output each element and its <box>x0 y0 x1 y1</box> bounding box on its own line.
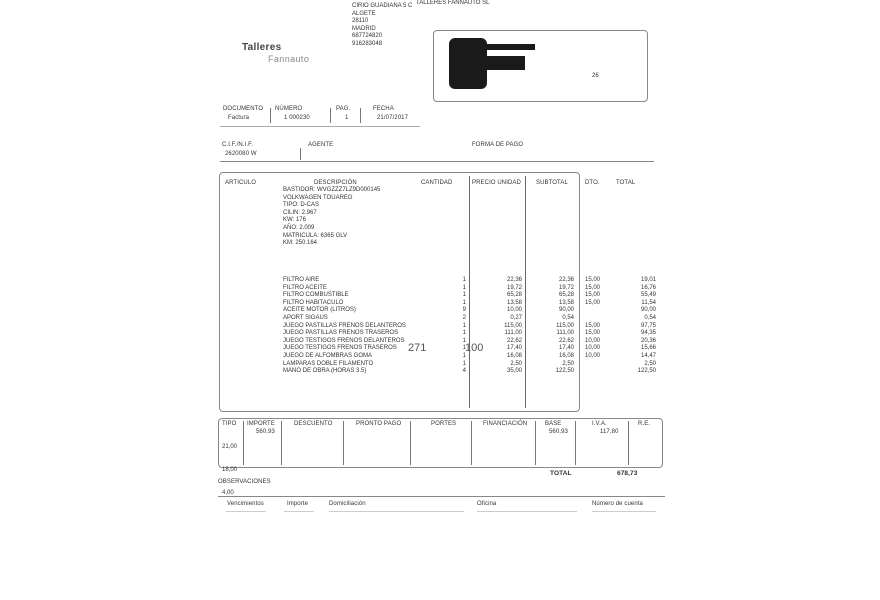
table-cell-price: 22,36 <box>495 277 522 285</box>
table-cell-price: 111,00 <box>495 330 522 338</box>
total-value: 678,73 <box>617 470 637 477</box>
tax-header-financiacion: FINANCIACIÓN <box>483 421 527 427</box>
table-cell-price: 35,00 <box>495 368 522 376</box>
table-cell-dto <box>585 368 600 376</box>
vehicle-info-line: KM: 250.164 <box>283 240 380 248</box>
table-cell-total: 97,75 <box>624 323 656 331</box>
address-line: MADRID <box>352 26 412 34</box>
table-cell-qty: 1 <box>452 292 466 300</box>
logo-talleres: Talleres <box>242 42 281 53</box>
table-cell-qty: 1 <box>452 277 466 285</box>
table-cell-desc: FILTRO ACEITE <box>283 285 406 293</box>
vehicle-info-line: CILIN: 2.967 <box>283 210 380 218</box>
table-cell-dto <box>585 315 600 323</box>
company-name: TALLERES FANNAUTO SL <box>416 0 489 8</box>
agent-label: AGENTE <box>308 142 333 148</box>
company-address: CIRIO GUADIANA 5 C ALGETE 28110 MADRID 6… <box>352 3 412 49</box>
address-line: ALGETE <box>352 11 412 19</box>
table-cell-desc: FILTRO AIRE <box>283 277 406 285</box>
table-cell-dto <box>585 361 600 369</box>
cif-label: C.I.F./N.I.F. <box>222 142 253 148</box>
table-cell-price: 16,08 <box>495 353 522 361</box>
table-cell-price: 17,40 <box>495 345 522 353</box>
date-value: 21/07/2017 <box>377 115 408 121</box>
table-cell-dto: 15,00 <box>585 285 600 293</box>
table-cell-subtotal: 122,50 <box>545 368 574 376</box>
vehicle-info-line: BASTIDOR: WVGZZZ7LZ9D000145 <box>283 187 380 195</box>
table-cell-subtotal: 22,62 <box>545 338 574 346</box>
table-cell-subtotal: 13,58 <box>545 300 574 308</box>
table-cell-desc: JUEGO PASTILLAS FRENOS TRASEROS <box>283 330 406 338</box>
table-cell-total: 14,47 <box>624 353 656 361</box>
header-total: TOTAL <box>616 180 635 186</box>
table-cell-total: 15,66 <box>624 345 656 353</box>
table-cell-price: 2,50 <box>495 361 522 369</box>
table-cell-total: 55,49 <box>624 292 656 300</box>
table-cell-total: 11,54 <box>624 300 656 308</box>
vehicle-info: BASTIDOR: WVGZZZ7LZ9D000145VOLKWAGEN TOU… <box>283 187 380 248</box>
footer-domiciliacion: Domiciliación <box>329 501 366 507</box>
overlay-mark: 271 <box>408 342 426 354</box>
redacted-block <box>485 44 535 50</box>
header-dto: DTO. <box>585 180 600 186</box>
total-label: TOTAL <box>550 470 572 477</box>
table-cell-qty: 2 <box>452 315 466 323</box>
table-cell-desc: FILTRO COMBUSTIBLE <box>283 292 406 300</box>
header-precio: PRECIO UNIDAD <box>472 180 521 186</box>
table-cell-total: 122,50 <box>624 368 656 376</box>
footer-importe: Importe <box>287 501 308 507</box>
address-line: 916283048 <box>352 41 412 49</box>
table-cell-desc: LAMPARAS DOBLE FILAMENTO <box>283 361 406 369</box>
address-line: CIRIO GUADIANA 5 C <box>352 3 412 11</box>
table-cell-total: 20,36 <box>624 338 656 346</box>
col-total: 19,0116,7655,4911,5490,000,5497,7594,352… <box>624 277 656 376</box>
tax-base: 560,93 <box>549 429 568 435</box>
table-cell-price: 65,28 <box>495 292 522 300</box>
tax-header-re: R.E. <box>638 421 650 427</box>
table-cell-qty: 1 <box>452 285 466 293</box>
table-cell-qty: 1 <box>452 338 466 346</box>
header-cantidad: CANTIDAD <box>421 180 452 186</box>
header-subtotal: SUBTOTAL <box>536 180 568 186</box>
table-cell-desc: JUEGO TESTIGOS FRENOS TRASEROS <box>283 345 406 353</box>
table-cell-subtotal: 2,50 <box>545 361 574 369</box>
tax-importe: 560,93 <box>256 429 275 435</box>
table-cell-total: 94,35 <box>624 330 656 338</box>
redacted-block <box>485 56 525 70</box>
payment-method-label: FORMA DE PAGO <box>472 142 523 148</box>
table-cell-desc: MANO DE OBRA (HORAS 3.5) <box>283 368 406 376</box>
table-cell-qty: 1 <box>452 345 466 353</box>
footer-vencimientos: Vencimientos <box>227 501 264 507</box>
table-cell-price: 10,00 <box>495 307 522 315</box>
number-value: 1 000230 <box>284 115 310 121</box>
table-cell-price: 0,27 <box>495 315 522 323</box>
table-cell-price: 13,58 <box>495 300 522 308</box>
table-cell-total: 16,76 <box>624 285 656 293</box>
table-cell-dto: 10,00 <box>585 338 600 346</box>
table-cell-subtotal: 0,54 <box>545 315 574 323</box>
table-cell-qty: 1 <box>452 323 466 331</box>
doc-value: Factura <box>228 115 249 121</box>
tax-header-base: BASE <box>545 421 561 427</box>
table-cell-total: 0,54 <box>624 315 656 323</box>
table-cell-dto: 15,00 <box>585 292 600 300</box>
col-subtotal: 22,3619,7265,2813,5890,000,54115,00111,0… <box>545 277 574 376</box>
tax-iva: 117,80 <box>600 429 619 435</box>
table-cell-qty: 4 <box>452 368 466 376</box>
table-cell-subtotal: 19,72 <box>545 285 574 293</box>
logo-fannauto: Fannauto <box>268 54 309 64</box>
table-cell-dto: 15,00 <box>585 300 600 308</box>
table-cell-qty: 1 <box>452 330 466 338</box>
table-cell-total: 2,50 <box>624 361 656 369</box>
tax-header-importe: IMPORTE <box>247 421 275 427</box>
address-line: 28110 <box>352 18 412 26</box>
vehicle-info-line: TIPO: D-CAS <box>283 202 380 210</box>
table-cell-desc: ACEITE MOTOR (LITROS) <box>283 307 406 315</box>
table-cell-subtotal: 65,28 <box>545 292 574 300</box>
footer-numero-cuenta: Número de cuenta <box>592 501 643 507</box>
table-cell-dto: 10,00 <box>585 345 600 353</box>
table-cell-price: 19,72 <box>495 285 522 293</box>
vehicle-info-line: MATRICULA: 6365 GLV <box>283 233 380 241</box>
table-cell-desc: APORT SIGAUS <box>283 315 406 323</box>
client-number: 26 <box>592 73 599 81</box>
tax-header-pronto-pago: PRONTO PAGO <box>356 421 401 427</box>
table-cell-desc: JUEGO PASTILLAS FRENOS DELANTEROS <box>283 323 406 331</box>
header-articulo: ARTICULO <box>225 180 256 186</box>
table-cell-desc: FILTRO HABITACULO <box>283 300 406 308</box>
tax-header-tipo: TIPO <box>222 421 236 427</box>
doc-label: DOCUMENTO <box>223 106 263 112</box>
vehicle-info-line: AÑO: 2.009 <box>283 225 380 233</box>
table-cell-subtotal: 22,36 <box>545 277 574 285</box>
table-cell-price: 115,00 <box>495 323 522 331</box>
tax-header-descuento: DESCUENTO <box>294 421 332 427</box>
table-cell-total: 19,01 <box>624 277 656 285</box>
page-label: PAG. <box>336 106 350 112</box>
redacted-block <box>449 38 487 89</box>
col-quantity: 1111921111114 <box>452 277 466 376</box>
table-cell-dto: 15,00 <box>585 277 600 285</box>
overlay-mark: 100 <box>465 342 483 354</box>
tax-tipos: 21,00 18,00 4,00 <box>222 429 237 505</box>
table-cell-qty: 1 <box>452 300 466 308</box>
table-cell-qty: 9 <box>452 307 466 315</box>
table-cell-subtotal: 90,00 <box>545 307 574 315</box>
table-cell-qty: 1 <box>452 353 466 361</box>
tax-header-iva: I.V.A. <box>592 421 607 427</box>
table-cell-subtotal: 17,40 <box>545 345 574 353</box>
table-cell-desc: JUEGO DE ALFOMBRAS GOMA <box>283 353 406 361</box>
table-cell-dto: 15,00 <box>585 323 600 331</box>
col-discount: 15,0015,0015,0015,00 15,0015,0010,0010,0… <box>585 277 600 376</box>
number-label: NÚMERO <box>275 106 302 112</box>
cif-value: 2620080 W <box>225 151 257 157</box>
table-cell-desc: JUEGO TESTIGOS FRENOS DELANTEROS <box>283 338 406 346</box>
table-cell-subtotal: 115,00 <box>545 323 574 331</box>
table-cell-dto: 10,00 <box>585 353 600 361</box>
header-descripcion: DESCRIPCIÓN <box>314 180 357 186</box>
col-description: FILTRO AIREFILTRO ACEITEFILTRO COMBUSTIB… <box>283 277 406 376</box>
tax-header-portes: PORTES <box>431 421 456 427</box>
table-cell-price: 22,62 <box>495 338 522 346</box>
table-cell-qty: 1 <box>452 361 466 369</box>
table-cell-dto <box>585 307 600 315</box>
table-cell-subtotal: 111,00 <box>545 330 574 338</box>
address-line: 687724820 <box>352 33 412 41</box>
date-label: FECHA <box>373 106 394 112</box>
vehicle-info-line: VOLKWAGEN TOUAREG <box>283 195 380 203</box>
table-cell-total: 90,00 <box>624 307 656 315</box>
footer-oficina: Oficina <box>477 501 496 507</box>
table-cell-dto: 15,00 <box>585 330 600 338</box>
observaciones-label: OBSERVACIONES <box>218 479 271 485</box>
vehicle-info-line: KW: 176 <box>283 217 380 225</box>
col-unit-price: 22,3619,7265,2813,5810,000,27115,00111,0… <box>495 277 522 376</box>
page-value: 1 <box>345 115 348 121</box>
table-cell-subtotal: 16,08 <box>545 353 574 361</box>
